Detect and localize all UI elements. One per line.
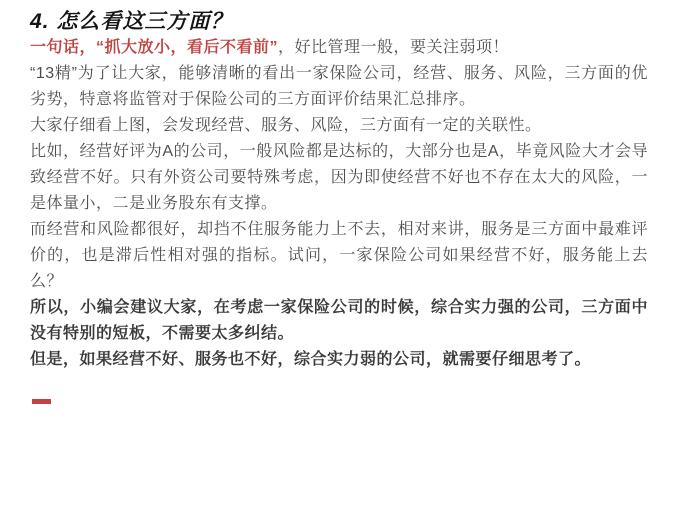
paragraph: 而经营和风险都很好，却挡不住服务能力上不去，相对来讲，服务是三方面中最难评价的，… bbox=[30, 217, 648, 295]
paragraph-bold-warning: 但是，如果经营不好、服务也不好，综合实力弱的公司，就需要仔细思考了。 bbox=[30, 347, 648, 373]
intro-red-highlight: 一句话，“抓大放小，看后不看前” bbox=[30, 39, 278, 56]
intro-paragraph: 一句话，“抓大放小，看后不看前”，好比管理一般，要关注弱项！ bbox=[30, 35, 648, 61]
red-dash bbox=[32, 399, 51, 404]
paragraph: 大家仔细看上图，会发现经营、服务、风险，三方面有一定的关联性。 bbox=[30, 113, 648, 139]
intro-normal-text: ，好比管理一般，要关注弱项！ bbox=[278, 39, 509, 56]
section-title: 4. 怎么看这三方面？ bbox=[30, 8, 648, 35]
paragraph: “13精”为了让大家，能够清晰的看出一家保险公司，经营、服务、风险，三方面的优劣… bbox=[30, 61, 648, 113]
article-body: 4. 怎么看这三方面？ 一句话，“抓大放小，看后不看前”，好比管理一般，要关注弱… bbox=[0, 0, 677, 404]
paragraph-bold-advice: 所以，小编会建议大家，在考虑一家保险公司的时候，综合实力强的公司，三方面中没有特… bbox=[30, 295, 648, 347]
paragraph: 比如，经营好评为A的公司，一般风险都是达标的，大部分也是A，毕竟风险大才会导致经… bbox=[30, 139, 648, 217]
